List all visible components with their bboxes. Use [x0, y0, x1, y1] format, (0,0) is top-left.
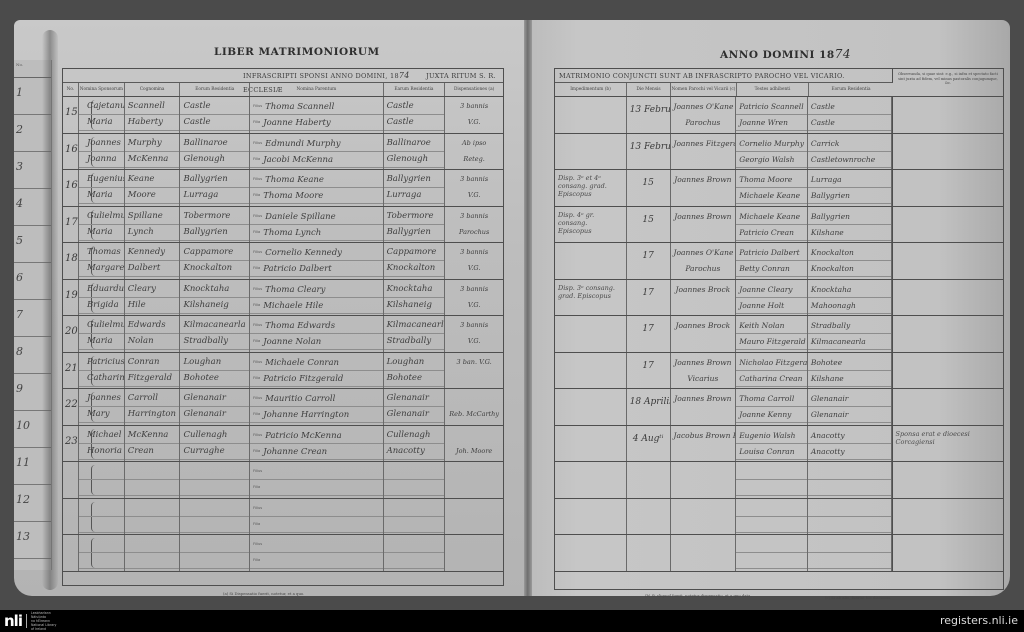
column-header: Testes adhibenti [737, 83, 809, 96]
parent-prefix-label: Filia [253, 485, 260, 489]
dispensation-cell: Reb. McCarthy [445, 389, 503, 425]
surname-line [125, 480, 180, 496]
parents-name-line: FiliaJohanne Crean [250, 444, 382, 460]
parents-name-line: FiliaJoanne Haberty [250, 115, 382, 131]
groom-first-name: Patricius [79, 355, 124, 371]
priest-name-line: Joannes Brown [671, 355, 736, 371]
table-row: 17Joannes O'KaneParochusPatricio Dalbert… [555, 243, 1003, 280]
parents-residence-cell: BallinaroeGlenough [384, 134, 446, 170]
surname-line: Cleary [125, 282, 180, 298]
observations-text: Sponsa erat e dioecesi Corcagiensi [893, 426, 1004, 450]
spouse-names-cell: JoannesMary [79, 389, 125, 425]
parents-residence-line: Glenough [384, 152, 445, 168]
impediment-cell [555, 499, 627, 535]
parent-name-text: Michaele Hile [263, 301, 323, 311]
parent-name-text: Thoma Moore [263, 191, 323, 201]
impediment-text: Disp. 3ᵒ consang. grad. Episcopus [555, 280, 626, 304]
witness-residence-line: Carrick [808, 136, 891, 152]
parent-name-text: Mauritio Carroll [265, 394, 335, 404]
parent-prefix-label: Filius [253, 506, 262, 510]
column-header: Cognomina [125, 83, 181, 96]
observations-cell [892, 535, 1004, 571]
witness-name-line: Mauro Fitzgerald [736, 334, 807, 350]
parent-prefix-label: Filius [253, 287, 262, 291]
bride-first-name: Maria [79, 334, 124, 350]
entry-number: 18 [63, 243, 78, 264]
dispensation-line [445, 391, 503, 407]
dispensation-cell: 3 bannisParochus [445, 207, 503, 243]
priest-name-line: Joannes Brown [671, 209, 736, 225]
marriage-day: 17 [627, 243, 670, 261]
residence-line: Ballinaroe [180, 136, 249, 152]
witness-residence-line: Knocktaha [808, 282, 891, 298]
dispensation-line: Reb. McCarthy [445, 407, 503, 423]
surname-line [125, 553, 180, 569]
surname-line: Haberty [125, 115, 180, 131]
surname-line: Carroll [125, 391, 180, 407]
parents-name-cell: FiliusDaniele SpillaneFiliaThoma Lynch [250, 207, 383, 243]
witness-residence-line: Stradbally [808, 318, 891, 334]
day-cell [627, 499, 671, 535]
dispensation-line [445, 517, 503, 533]
groom-first-name [79, 537, 124, 553]
entry-number-cell: 19 [63, 280, 79, 316]
parent-name-text: Patricio Dalbert [263, 264, 331, 274]
observations-cell [892, 170, 1004, 206]
parents-residence-cell: CullenaghAnacotty [384, 426, 446, 462]
parents-name-line: FiliaPatricio Dalbert [250, 261, 382, 277]
bride-first-name: Maria [79, 115, 124, 131]
right-footnote-b: (b) Si aliquod fuerit, notetur dispensat… [645, 593, 752, 598]
surname-line: Crean [125, 444, 180, 460]
witness-name-line: Joanne Kenny [736, 407, 807, 423]
witness-residence-cell [808, 535, 892, 571]
entry-number-cell [63, 535, 79, 571]
residence-cell [180, 462, 250, 498]
previous-page-header-no: No. [16, 62, 23, 75]
surname-line: Keane [125, 172, 180, 188]
entry-number-cell: 15 [63, 97, 79, 133]
entry-number: 15 [63, 97, 78, 118]
impediment-text [555, 462, 626, 470]
right-page-year-handwritten: 74 [835, 47, 851, 61]
book-gutter [524, 20, 532, 596]
witness-residence-cell: GlenanairGlenanair [808, 389, 892, 425]
marriage-day: 13 Februarij [627, 97, 670, 115]
parents-residence-line: Cappamore [384, 245, 445, 261]
marriages-table-left: INFRASCRIPTI SPONSI ANNO DOMINI, 1874 JU… [62, 68, 504, 586]
residence-line [180, 464, 249, 480]
left-banner-text: INFRASCRIPTI SPONSI ANNO DOMINI, 18 [243, 72, 399, 80]
parent-prefix-label: Filius [253, 141, 262, 145]
witness-residence-cell: CastleCastle [808, 97, 892, 133]
parent-prefix-label: Filia [253, 339, 260, 343]
witness-name-cell: Thoma CarrollJoanne Kenny [736, 389, 808, 425]
parents-name-line: Filius [250, 537, 382, 553]
impediment-cell: Disp. 4ᵒ gr. consang. Episcopus [555, 207, 627, 243]
parents-name-cell: FiliusMauritio CarrollFiliaJohanne Harri… [250, 389, 383, 425]
image-viewer[interactable]: No. 12345678910111213 LIBER MATRIMONIORU… [0, 0, 1024, 610]
parents-name-line: FiliusThoma Edwards [250, 318, 382, 334]
priest-name-line [671, 152, 736, 168]
witness-residence-line: Knockalton [808, 245, 891, 261]
parent-name-text: Thoma Edwards [265, 321, 335, 331]
residence-cell: CullenaghCurraghe [180, 426, 250, 462]
residence-cell: GlenanairGlenanair [180, 389, 250, 425]
entry-number-cell: 18 [63, 243, 79, 279]
day-cell: 18 Aprilis [627, 389, 671, 425]
witness-residence-cell: LurragaBallygrien [808, 170, 892, 206]
entry-number [63, 462, 78, 472]
parents-residence-cell: KilmacanearlaStradbally [384, 316, 446, 352]
parents-name-line: FiliaThoma Lynch [250, 225, 382, 241]
surname-cell: EdwardsNolan [125, 316, 181, 352]
parent-prefix-label: Filia [253, 449, 260, 453]
left-page-title: LIBER MATRIMONIORUM [214, 46, 380, 58]
surname-line: Murphy [125, 136, 180, 152]
witness-name-line: Joanne Holt [736, 298, 807, 314]
impediment-cell [555, 243, 627, 279]
left-table-body: 15CajetanusMariaScannellHabertyCastleCas… [63, 97, 503, 572]
dispensation-line: 3 bannis [445, 282, 503, 298]
table-row: 13 FebruarijJoannes O'KaneParochusPatric… [555, 97, 1003, 134]
priest-name-line [671, 188, 736, 204]
priest-name-line [671, 225, 736, 241]
column-header: Earum Residentia [384, 83, 446, 96]
surname-cell: ScannellHaberty [125, 97, 181, 133]
witness-name-line [736, 480, 807, 496]
witness-name-cell: Eugenio WalshLouisa Conran [736, 426, 808, 462]
priest-cell: Joannes Brown [671, 170, 737, 206]
parents-residence-line: Kilmacanearla [384, 318, 445, 334]
priest-name-line: Joannes Brock [671, 282, 736, 298]
surname-line: Kennedy [125, 245, 180, 261]
parent-prefix-label: Filius [253, 360, 262, 364]
day-cell: 17 [627, 243, 671, 279]
surname-line: McKenna [125, 152, 180, 168]
table-row: 15CajetanusMariaScannellHabertyCastleCas… [63, 97, 503, 134]
parent-name-text: Johanne Harrington [263, 410, 349, 420]
parents-name-cell: FiliusThoma EdwardsFiliaJoanne Nolan [250, 316, 383, 352]
parents-residence-cell: BallygrienLurraga [384, 170, 446, 206]
priest-cell: Joannes Brock [671, 280, 737, 316]
column-header: Eorum Residentia [809, 83, 893, 96]
witness-name-line: Thoma Carroll [736, 391, 807, 407]
parents-residence-cell: TobermoreBallygrien [384, 207, 446, 243]
table-row: FiliusFilia [63, 535, 503, 572]
observations-header: Observanda, si quae sint: e.g., si infra… [893, 69, 1003, 97]
parent-name-text: Patricio Fitzgerald [263, 374, 343, 384]
entry-number-cell: 23 [63, 426, 79, 462]
impediment-text [555, 316, 626, 324]
previous-page-row-number: 5 [16, 234, 23, 247]
bride-first-name: Joanna [79, 152, 124, 168]
spouse-names-cell: ThomasMargaretta [79, 243, 125, 279]
surname-line: Hile [125, 298, 180, 314]
column-header: Die Mensis [627, 83, 671, 96]
surname-line: Conran [125, 355, 180, 371]
entry-number: 19 [63, 280, 78, 301]
day-cell: 17 [627, 353, 671, 389]
right-banner-text: MATRIMONIO CONJUNCTI SUNT AB INFRASCRIPT… [559, 72, 845, 80]
surname-line: Edwards [125, 318, 180, 334]
parents-name-line: FiliaJacobi McKenna [250, 152, 382, 168]
priest-cell: Joannes BrownVicarius [671, 353, 737, 389]
parents-residence-line: Lurraga [384, 188, 445, 204]
witness-name-line [736, 537, 807, 553]
parents-residence-line: Knockalton [384, 261, 445, 277]
witness-name-line: Michaele Keane [736, 188, 807, 204]
parents-name-cell: FiliusMichaele ConranFiliaPatricio Fitzg… [250, 353, 383, 389]
observations-cell: Sponsa erat e dioecesi Corcagiensi [892, 426, 1004, 462]
observations-text [893, 170, 1004, 178]
parents-residence-cell [384, 462, 446, 498]
parents-residence-line: Loughan [384, 355, 445, 371]
bride-first-name: Catharina [79, 371, 124, 387]
parents-name-line: FiliusMichaele Conran [250, 355, 382, 371]
priest-name-line: Joannes Brock [671, 318, 736, 334]
residence-line: Stradbally [180, 334, 249, 350]
impediment-text [555, 389, 626, 397]
priest-cell: Joannes Fitzgerald [671, 134, 737, 170]
observations-text [893, 243, 1004, 251]
witness-name-line: Michaele Keane [736, 209, 807, 225]
residence-line: Glenanair [180, 407, 249, 423]
parents-name-line: FiliusThoma Scannell [250, 99, 382, 115]
parents-name-line: Filia [250, 553, 382, 569]
impediment-text [555, 243, 626, 251]
nli-logo-text: Leabharlann Náisiúnta na hÉireann Nation… [31, 611, 61, 631]
previous-page-row-number: 7 [16, 308, 23, 321]
impediment-cell [555, 134, 627, 170]
witness-residence-line: Glenanair [808, 391, 891, 407]
surname-line: Dalbert [125, 261, 180, 277]
surname-cell: ConranFitzgerald [125, 353, 181, 389]
witness-name-line: Patricio Dalbert [736, 245, 807, 261]
nli-logo[interactable]: nli Leabharlann Náisiúnta na hÉireann Na… [4, 612, 61, 630]
entry-number-cell [63, 499, 79, 535]
witness-residence-line [808, 480, 891, 496]
parent-name-text: Johanne Crean [263, 447, 327, 457]
dispensation-line: Ab ipso [445, 136, 503, 152]
registers-site-link[interactable]: registers.nli.ie [940, 613, 1018, 629]
parents-name-cell: FiliusPatricio McKennaFiliaJohanne Crean [250, 426, 383, 462]
observations-cell [892, 97, 1004, 133]
witness-residence-line [808, 553, 891, 569]
parent-name-text: Thoma Keane [265, 175, 324, 185]
priest-cell: Joannes Brock [671, 316, 737, 352]
impediment-cell: Disp. 3ᵒ et 4ᵒ consang. grad. Episcopus [555, 170, 627, 206]
witness-name-cell: Keith NolanMauro Fitzgerald [736, 316, 808, 352]
table-row [555, 535, 1003, 572]
bride-first-name [79, 480, 124, 496]
table-row: 19EduardusBrigidaClearyHileKnocktahaKils… [63, 280, 503, 317]
parents-residence-line [384, 480, 445, 496]
table-row: 22JoannesMaryCarrollHarringtonGlenanairG… [63, 389, 503, 426]
table-row: 21PatriciusCatharinaConranFitzgeraldLoug… [63, 353, 503, 390]
priest-cell [671, 535, 737, 571]
parents-name-line: FiliaPatricio Fitzgerald [250, 371, 382, 387]
parent-name-text: Joanne Nolan [263, 337, 321, 347]
witness-name-cell [736, 535, 808, 571]
table-row: 16JoannesJoannaMurphyMcKennaBallinaroeGl… [63, 134, 503, 171]
parent-name-text: Thoma Lynch [263, 228, 321, 238]
priest-cell: Joannes Brown [671, 207, 737, 243]
observations-cell [892, 207, 1004, 243]
left-table-header: No.Nomina SponsorumCognominaEorum Reside… [63, 83, 503, 97]
witness-residence-line: Anacotty [808, 444, 891, 460]
witness-residence-line: Anacotty [808, 428, 891, 444]
parent-prefix-label: Filius [253, 104, 262, 108]
right-table-body: 13 FebruarijJoannes O'KaneParochusPatric… [555, 97, 1003, 572]
parent-prefix-label: Filia [253, 193, 260, 197]
surname-line: Moore [125, 188, 180, 204]
previous-page-row-number: 8 [16, 345, 23, 358]
surname-line: Scannell [125, 99, 180, 115]
parents-residence-cell: CappamoreKnockalton [384, 243, 446, 279]
table-row: 23MichaelHonoriaMcKennaCreanCullenaghCur… [63, 426, 503, 463]
witness-residence-line [808, 501, 891, 517]
entry-number: 20 [63, 316, 78, 337]
surname-cell: ClearyHile [125, 280, 181, 316]
parents-residence-cell: GlenanairGlenanair [384, 389, 446, 425]
witness-residence-line: Glenanair [808, 407, 891, 423]
residence-line: Lurraga [180, 188, 249, 204]
dispensation-line: V.G. [445, 115, 503, 131]
table-row: FiliusFilia [63, 462, 503, 499]
day-cell: 15 [627, 207, 671, 243]
observations-cell [892, 389, 1004, 425]
witness-name-line: Cornelio Murphy [736, 136, 807, 152]
spouse-names-cell [79, 462, 125, 498]
parents-name-cell: FiliusFilia [250, 535, 383, 571]
observations-text [893, 280, 1004, 288]
bride-first-name: Honoria [79, 444, 124, 460]
left-banner-year: 74 [399, 71, 410, 80]
dispensation-line: 3 bannis [445, 245, 503, 261]
groom-first-name: Gulielmus [79, 318, 124, 334]
groom-first-name: Cajetanus [79, 99, 124, 115]
observations-text [893, 535, 1004, 543]
column-header: Dispensationes (a) [445, 83, 503, 96]
marriage-day: 18 Aprilis [627, 389, 670, 407]
witness-residence-line: Castletownroche [808, 152, 891, 168]
groom-first-name: Michael [79, 428, 124, 444]
priest-cell [671, 462, 737, 498]
surname-line: Spillane [125, 209, 180, 225]
parent-name-text: Daniele Spillane [265, 212, 336, 222]
marriage-day: 17 [627, 353, 670, 371]
surname-line: Fitzgerald [125, 371, 180, 387]
parents-residence-cell: KnocktahaKilshaneig [384, 280, 446, 316]
table-row [555, 462, 1003, 499]
priest-name-line [671, 444, 736, 460]
residence-line: Bohotee [180, 371, 249, 387]
surname-line [125, 517, 180, 533]
witness-name-line: Patricio Crean [736, 225, 807, 241]
witness-residence-cell: AnacottyAnacotty [808, 426, 892, 462]
parent-prefix-label: Filius [253, 433, 262, 437]
parent-prefix-label: Filius [253, 542, 262, 546]
impediment-text [555, 426, 626, 434]
surname-cell: KennedyDalbert [125, 243, 181, 279]
bride-first-name: Mary [79, 407, 124, 423]
dispensation-line: 3 bannis [445, 99, 503, 115]
residence-line: Cappamore [180, 245, 249, 261]
groom-first-name: Thomas [79, 245, 124, 261]
witness-name-line: Eugenio Walsh [736, 428, 807, 444]
parents-name-line: FiliusThoma Keane [250, 172, 382, 188]
dispensation-line [445, 428, 503, 444]
spouse-names-cell [79, 499, 125, 535]
residence-line: Kilshaneig [180, 298, 249, 314]
observations-text [893, 134, 1004, 142]
parents-name-line: FiliusMauritio Carroll [250, 391, 382, 407]
priest-name-line [671, 464, 736, 480]
right-page-title: ANNO DOMINI 1874 [720, 47, 851, 61]
parent-name-text: Edmundi Murphy [265, 139, 340, 149]
marriage-day [627, 535, 670, 543]
day-cell: 13 Februarij [627, 134, 671, 170]
parents-residence-line: Tobermore [384, 209, 445, 225]
entry-number: 16 [63, 170, 78, 191]
day-cell [627, 535, 671, 571]
marriage-day [627, 499, 670, 507]
residence-cell: BallinaroeGlenough [180, 134, 250, 170]
priest-name-line [671, 298, 736, 314]
parents-residence-line: Glenanair [384, 391, 445, 407]
residence-line: Ballygrien [180, 172, 249, 188]
marriages-table-right: MATRIMONIO CONJUNCTI SUNT AB INFRASCRIPT… [554, 68, 1004, 590]
parents-residence-cell [384, 535, 446, 571]
witness-name-line: Nicholao Fitzgerald [736, 355, 807, 371]
observations-text [893, 499, 1004, 507]
witness-residence-cell [808, 499, 892, 535]
priest-name-line: Vicarius [671, 371, 736, 387]
previous-page-row-number: 4 [16, 197, 23, 210]
observations-cell [892, 243, 1004, 279]
residence-cell: BallygrienLurraga [180, 170, 250, 206]
parents-residence-line: Knocktaha [384, 282, 445, 298]
bride-first-name: Margaretta [79, 261, 124, 277]
marriage-day: 15 [627, 170, 670, 188]
marriage-day: 13 Februarij [627, 134, 670, 152]
parent-name-text: Jacobi McKenna [263, 155, 333, 165]
table-row: 17GulielmusMariaSpillaneLynchTobermoreBa… [63, 207, 503, 244]
footer-bar: nli Leabharlann Náisiúnta na hÉireann Na… [0, 610, 1024, 632]
parent-prefix-label: Filius [253, 177, 262, 181]
witness-name-cell: Patricio DalbertBetty Conran [736, 243, 808, 279]
surname-line: McKenna [125, 428, 180, 444]
marriage-day: 15 [627, 207, 670, 225]
impediment-cell [555, 389, 627, 425]
surname-cell: CarrollHarrington [125, 389, 181, 425]
residence-line: Ballygrien [180, 225, 249, 241]
dispensation-line [445, 553, 503, 569]
spouse-names-cell: CajetanusMaria [79, 97, 125, 133]
priest-name-line [671, 501, 736, 517]
residence-line [180, 480, 249, 496]
parents-name-line: Filia [250, 480, 382, 496]
day-cell: 17 [627, 316, 671, 352]
observations-text [893, 389, 1004, 397]
day-cell: 17 [627, 280, 671, 316]
impediment-text [555, 353, 626, 361]
entry-number [63, 535, 78, 545]
residence-cell: KnocktahaKilshaneig [180, 280, 250, 316]
right-table-banner: MATRIMONIO CONJUNCTI SUNT AB INFRASCRIPT… [555, 69, 893, 83]
entry-number-cell: 22 [63, 389, 79, 425]
